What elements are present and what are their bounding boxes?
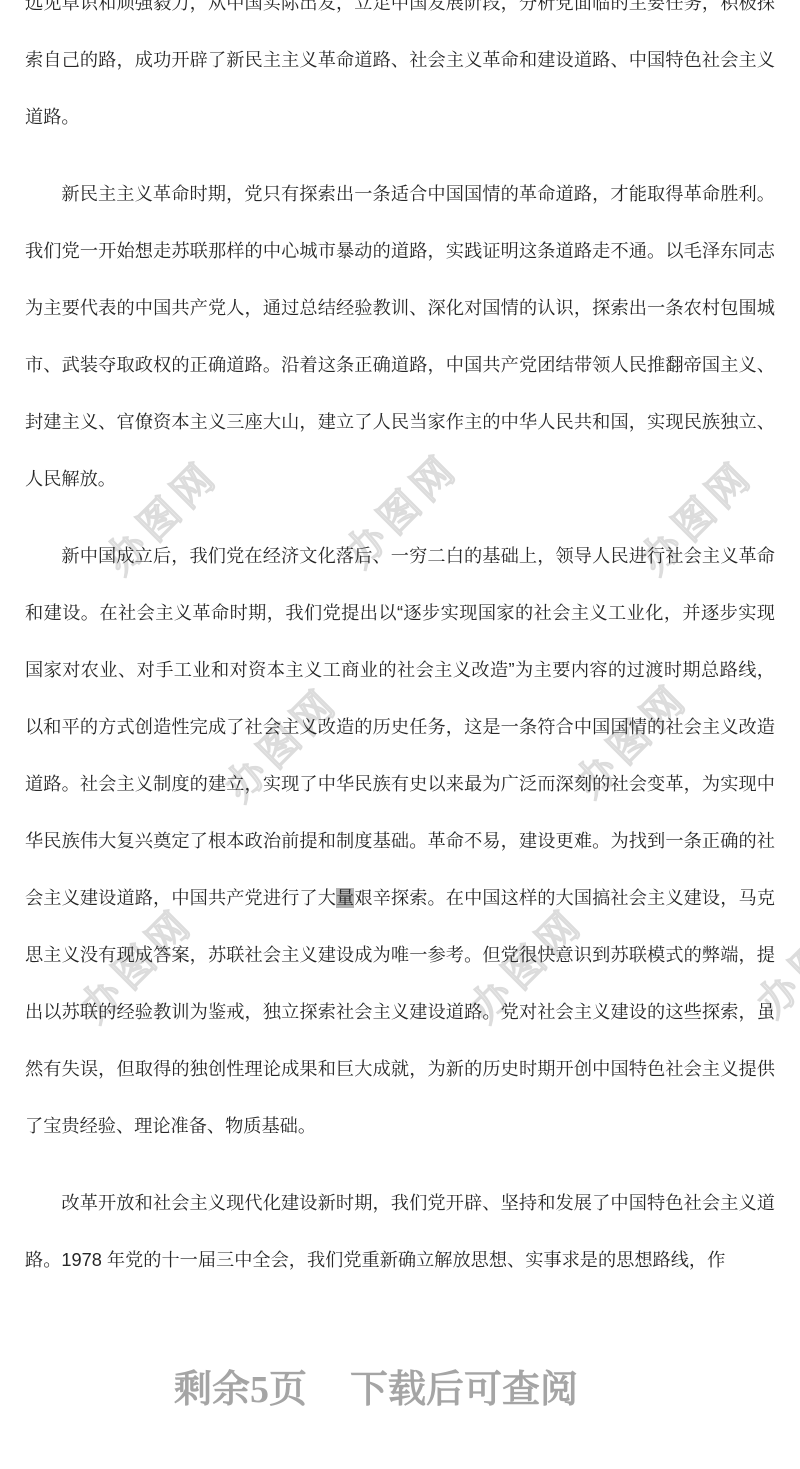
search-highlight: 量 [336, 888, 354, 908]
document-preview-page: { "page": { "background_color": "#ffffff… [0, 0, 800, 1469]
paragraph-continued: 远见卓识和顽强毅力，从中国实际出发，立足中国发展阶段，分析党面临的主要任务，积极… [25, 0, 775, 146]
paragraph-segment: 新中国成立后，我们党在经济文化落后、一穷二白的基础上，领导人民进行社会主义革命和… [25, 546, 775, 908]
paragraph-segment: 艰辛探索。在中国这样的大国搞社会主义建设，马克思主义没有现成答案，苏联社会主义建… [25, 888, 775, 1136]
remaining-pages-label: 剩余5页 [174, 1369, 307, 1411]
page-footer: 剩余5页下载后可查阅 [0, 1358, 800, 1413]
paragraph-reform-opening: 改革开放和社会主义现代化建设新时期，我们党开辟、坚持和发展了中国特色社会主义道路… [25, 1175, 775, 1289]
download-hint-label: 下载后可查阅 [350, 1369, 578, 1411]
paragraph-socialist-construction: 新中国成立后，我们党在经济文化落后、一穷二白的基础上，领导人民进行社会主义革命和… [25, 528, 775, 1155]
document-body: 远见卓识和顽强毅力，从中国实际出发，立足中国发展阶段，分析党面临的主要任务，积极… [25, 0, 775, 1289]
paragraph-new-democratic-revolution: 新民主主义革命时期，党只有探索出一条适合中国国情的革命道路，才能取得革命胜利。我… [25, 166, 775, 508]
